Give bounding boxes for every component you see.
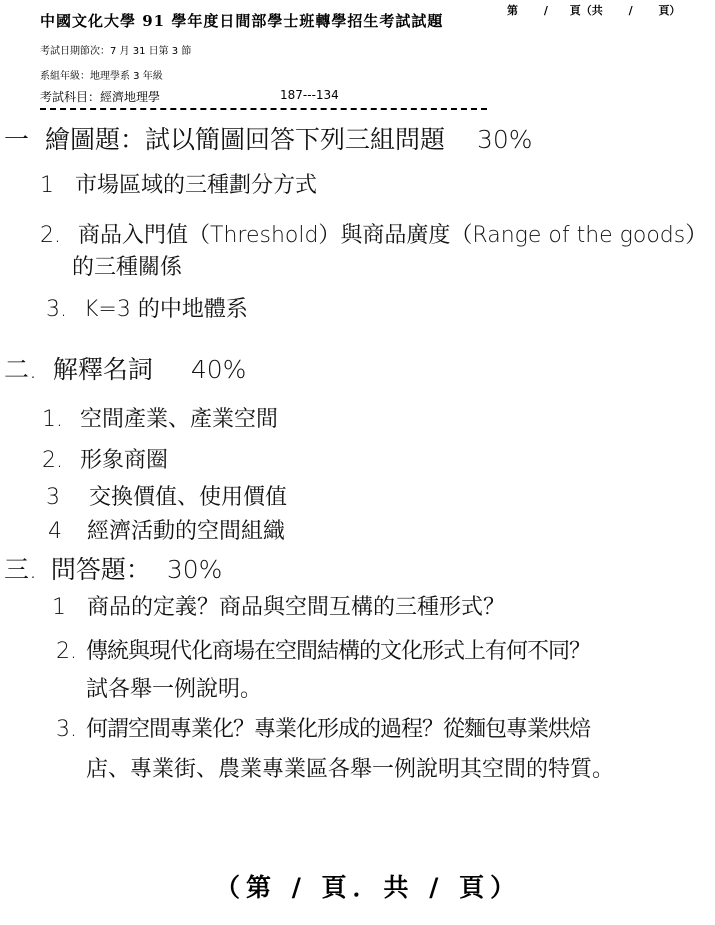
question-2-1: 1. 空間產業、產業空間	[42, 402, 278, 433]
section-number: 一	[4, 125, 29, 154]
question-3-3: 3. 何謂空間專業化？專業化形成的過程？從麵包專業烘焙	[56, 712, 590, 743]
page-footer: （第 / 頁．共 / 頁）	[215, 868, 521, 904]
section-weight: 30%	[167, 555, 223, 584]
page-suffix: 頁）	[658, 2, 680, 18]
page-current: /	[544, 4, 548, 17]
section-title: 解釋名詞	[53, 355, 153, 384]
item-text: 交換價值、使用價值	[89, 485, 287, 510]
item-text: 商品入門值（Threshold）與商品廣度（Range of the goods…	[78, 223, 707, 248]
subject-line: 考試科目：經濟地理學 187---134	[40, 88, 160, 105]
question-1-2: 2. 商品入門值（Threshold）與商品廣度（Range of the go…	[40, 218, 707, 249]
item-text: 市場區域的三種劃分方式	[75, 173, 317, 198]
item-text: 何謂空間專業化？專業化形成的過程？從麵包專業烘焙	[86, 717, 590, 742]
item-number: 3	[46, 485, 60, 510]
question-3-1: 1 商品的定義？商品與空間互構的三種形式？	[52, 590, 505, 621]
department-grade: 系組年級：地理學系 3 年級	[40, 67, 163, 82]
item-number: 1.	[42, 407, 63, 432]
item-number: 2.	[56, 639, 77, 664]
item-text: 空間產業、產業空間	[80, 407, 278, 432]
section-title: 繪圖題：試以簡圖回答下列三組問題	[45, 125, 445, 154]
page-prefix: 第	[507, 2, 518, 18]
question-2-2: 2. 形象商圈	[42, 443, 168, 474]
section-number: 二.	[4, 355, 37, 384]
item-text: 形象商圈	[80, 448, 168, 473]
question-1-3: 3. K=3 的中地體系	[46, 292, 248, 323]
item-number: 4	[48, 519, 62, 544]
item-number: 2.	[42, 448, 63, 473]
section-number: 三.	[4, 555, 37, 584]
question-2-4: 4 經濟活動的空間組織	[48, 514, 285, 545]
item-number: 1	[52, 595, 66, 620]
subject-label: 考試科目：經濟地理學	[40, 90, 160, 104]
item-text: K=3 的中地體系	[84, 297, 248, 322]
section-1-heading: 一 繪圖題：試以簡圖回答下列三組問題 30%	[4, 120, 533, 156]
section-weight: 40%	[191, 355, 247, 384]
question-2-3: 3 交換價值、使用價值	[46, 480, 287, 511]
question-1-2-cont: 的三種關係	[72, 250, 182, 281]
section-3-heading: 三. 問答題： 30%	[4, 550, 222, 586]
question-1-1: 1 市場區域的三種劃分方式	[40, 168, 317, 199]
item-number: 2.	[40, 223, 61, 248]
item-text: 商品的定義？商品與空間互構的三種形式？	[87, 595, 505, 620]
question-3-2-cont: 試各舉一例說明。	[86, 672, 262, 703]
exam-title: 中國文化大學 91 學年度日間部學士班轉學招生考試試題	[40, 10, 443, 31]
page-indicator-top: 第 / 頁（共 / 頁）	[507, 2, 680, 18]
item-number: 3.	[56, 717, 77, 742]
page-middle: 頁（共	[570, 2, 603, 18]
subject-code: 187---134	[280, 88, 339, 102]
item-text: 經濟活動的空間組織	[87, 519, 285, 544]
item-text: 傳統與現代化商場在空間結構的文化形式上有何不同？	[86, 639, 590, 664]
question-3-3-cont: 店、專業街、農業專業區各舉一例說明其空間的特質。	[86, 752, 614, 783]
section-2-heading: 二. 解釋名詞 40%	[4, 350, 246, 386]
header-divider	[40, 108, 487, 110]
exam-date: 考試日期節次：7 月 31 日第 3 節	[40, 42, 191, 57]
item-number: 3.	[46, 297, 67, 322]
section-weight: 30%	[477, 125, 533, 154]
item-number: 1	[40, 173, 54, 198]
page-total: /	[629, 4, 633, 17]
question-3-2: 2. 傳統與現代化商場在空間結構的文化形式上有何不同？	[56, 634, 590, 665]
section-title: 問答題：	[51, 555, 151, 584]
